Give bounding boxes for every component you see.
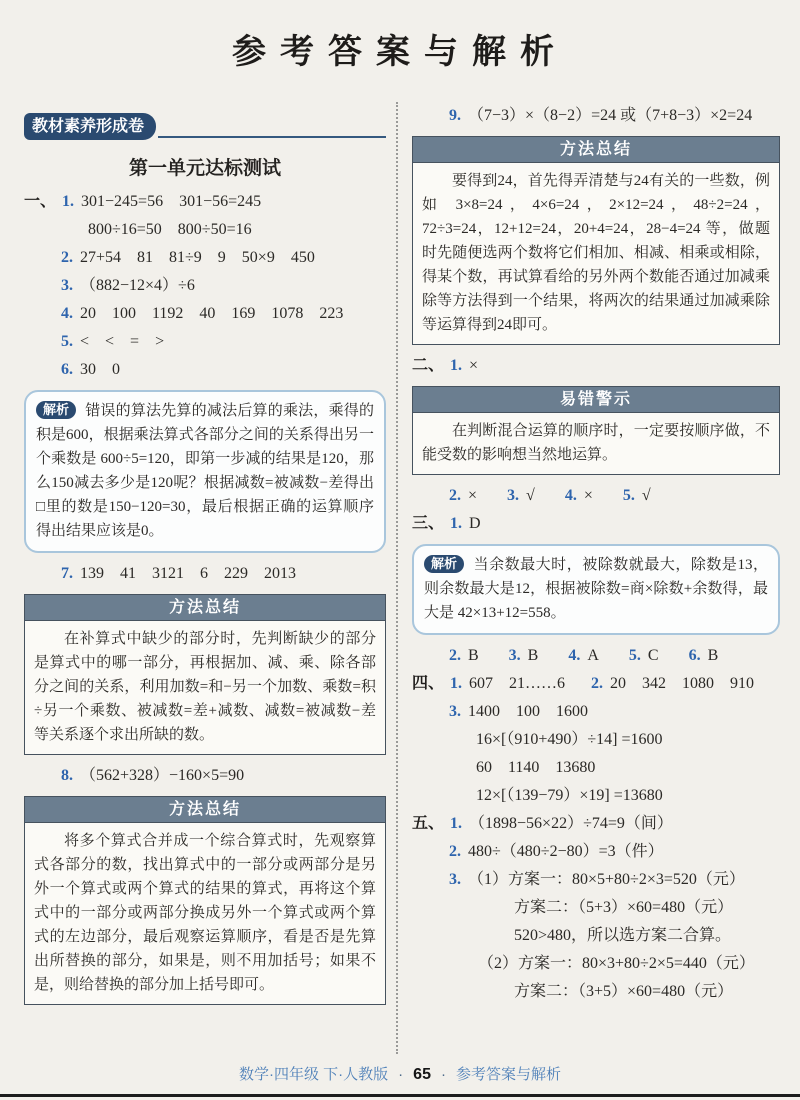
badge-underline	[158, 136, 386, 138]
answer-line: 2.27+54 81 81÷9 9 50×9 450	[24, 244, 386, 272]
answer-pair: 1.607 21……6	[450, 670, 565, 698]
analysis-text: 当余数最大时，被除数就最大，除数是13，则余数最大是12，根据被除数=商×除数+…	[424, 557, 768, 621]
answer-pair: 2.×	[449, 482, 477, 510]
answer-line: 16×[（910+490）÷14] =1600	[412, 726, 780, 754]
unit-badge-row: 教材素养形成卷	[24, 110, 386, 140]
workbook-answer-page: 参考答案与解析 教材素养形成卷 第一单元达标测试 一、1.301−245=56 …	[0, 0, 800, 1100]
footer-separator: ·	[441, 1066, 446, 1083]
item-number: 2.	[591, 675, 603, 692]
answer-text: 方案二：（5+3）×60=480（元）	[514, 899, 733, 916]
analysis-badge: 解析	[36, 401, 76, 419]
section-marker: 四、	[412, 675, 444, 692]
answer-line: 8.（562+328）−160×5=90	[24, 762, 386, 790]
answer-pair: 4.×	[565, 482, 593, 510]
method-summary-title: 方法总结	[25, 595, 385, 621]
method-summary-box: 方法总结 将多个算式合并成一个综合算式时，先观察算式各部分的数，找出算式中的一部…	[24, 796, 386, 1005]
answer-text: 20 100 1192 40 169 1078 223	[80, 305, 343, 322]
section-marker: 一、	[24, 193, 56, 210]
item-number: 7.	[61, 565, 73, 582]
analysis-badge: 解析	[424, 555, 464, 573]
item-number: 2.	[449, 647, 461, 664]
item-number: 5.	[61, 333, 73, 350]
answer-pair: 2.20 342 1080 910	[591, 670, 754, 698]
answer-line: （2）方案一：80×3+80÷2×5=440（元）	[412, 950, 780, 978]
answer-pair: 2.B	[449, 642, 479, 670]
item-number: 3.	[507, 487, 519, 504]
item-number: 1.	[450, 815, 462, 832]
answer-line: 五、1.（1898−56×22）÷74=9（间）	[412, 810, 780, 838]
item-number: 4.	[565, 487, 577, 504]
answer-line: 方案二：（5+3）×60=480（元）	[412, 894, 780, 922]
answer-line: 2.B 3.B 4.A 5.C 6.B	[412, 642, 780, 670]
answer-text: （2）方案一：80×3+80÷2×5=440（元）	[478, 955, 755, 972]
answer-text: 30 0	[80, 361, 120, 378]
item-number: 3.	[509, 647, 521, 664]
analysis-box: 解析当余数最大时，被除数就最大，除数是13，则余数最大是12，根据被除数=商×除…	[412, 544, 780, 635]
page-title: 参考答案与解析	[0, 0, 800, 73]
answer-text: B	[468, 647, 479, 664]
answer-line: 520>480，所以选方案二合算。	[412, 922, 780, 950]
footer-separator: ·	[398, 1066, 403, 1083]
answer-line: 一、1.301−245=56 301−56=245	[24, 188, 386, 216]
answer-line: 800÷16=50 800÷50=16	[24, 216, 386, 244]
page-number: 65	[413, 1066, 431, 1083]
bottom-rule	[0, 1094, 800, 1097]
answer-line: 5.< < = >	[24, 328, 386, 356]
answer-text: 139 41 3121 6 229 2013	[80, 565, 296, 582]
answer-line: 7.139 41 3121 6 229 2013	[24, 560, 386, 588]
answer-text: （1）方案一：80×5+80÷2×3=520（元）	[468, 871, 745, 888]
warning-box-body: 在判断混合运算的顺序时，一定要按顺序做，不能受数的影响想当然地运算。	[413, 413, 779, 474]
method-summary-body: 要得到24，首先得弄清楚与24有关的一些数，例如 3×8=24，4×6=24，2…	[413, 163, 779, 344]
answer-text: 方案二：（3+5）×60=480（元）	[514, 983, 733, 1000]
answer-line: 四、1.607 21……62.20 342 1080 910	[412, 670, 780, 698]
answer-text: 16×[（910+490）÷14] =1600	[476, 731, 663, 748]
item-number: 2.	[61, 249, 73, 266]
item-number: 2.	[449, 843, 461, 860]
section-marker: 五、	[412, 815, 444, 832]
warning-box-title: 易错警示	[413, 387, 779, 413]
answer-text: （882−12×4）÷6	[80, 277, 195, 294]
footer-section-name: 参考答案与解析	[456, 1066, 561, 1083]
answer-text: D	[469, 515, 481, 532]
answer-pair: 5.√	[623, 482, 651, 510]
warning-box: 易错警示 在判断混合运算的顺序时，一定要按顺序做，不能受数的影响想当然地运算。	[412, 386, 780, 475]
item-number: 3.	[449, 703, 461, 720]
item-number: 6.	[61, 361, 73, 378]
method-summary-title: 方法总结	[413, 137, 779, 163]
answer-text: （7−3）×（8−2）=24 或（7+8−3）×2=24	[468, 107, 752, 124]
answer-line: 60 1140 13680	[412, 754, 780, 782]
item-number: 4.	[568, 647, 580, 664]
item-number: 4.	[61, 305, 73, 322]
method-summary-body: 将多个算式合并成一个综合算式时，先观察算式各部分的数，找出算式中的一部分或两部分…	[25, 823, 385, 1004]
answer-text: 520>480，所以选方案二合算。	[514, 927, 731, 944]
answer-text: 20 342 1080 910	[610, 675, 754, 692]
item-number: 3.	[449, 871, 461, 888]
answer-text: 12×[（139−79）×19] =13680	[476, 787, 663, 804]
answer-text: < < = >	[80, 333, 164, 350]
answer-pair: 6.B	[689, 642, 719, 670]
answer-text: ×	[468, 487, 477, 504]
item-number: 2.	[449, 487, 461, 504]
answer-line: 二、1.×	[412, 352, 780, 380]
unit-badge: 教材素养形成卷	[24, 113, 156, 140]
page-footer: 数学·四年级 下·人教版·65·参考答案与解析	[0, 1063, 800, 1084]
item-number: 1.	[450, 515, 462, 532]
section-marker: 三、	[412, 515, 444, 532]
answer-line: 4.20 100 1192 40 169 1078 223	[24, 300, 386, 328]
answer-text: 60 1140 13680	[476, 759, 595, 776]
answer-line: 2.× 3.√ 4.× 5.√	[412, 482, 780, 510]
item-number: 5.	[629, 647, 641, 664]
right-column: 9.（7−3）×（8−2）=24 或（7+8−3）×2=24 方法总结 要得到2…	[396, 102, 780, 1054]
method-summary-title: 方法总结	[25, 797, 385, 823]
item-number: 9.	[449, 107, 461, 124]
answer-pair: 3.√	[507, 482, 535, 510]
answer-text: 607 21……6	[469, 675, 565, 692]
answer-line: 6.30 0	[24, 356, 386, 384]
answer-pair: 5.C	[629, 642, 659, 670]
answer-text: A	[587, 647, 599, 664]
answer-text: B	[708, 647, 719, 664]
answer-line: 方案二：（3+5）×60=480（元）	[412, 978, 780, 1006]
answer-text: ×	[584, 487, 593, 504]
answer-line: 3.（1）方案一：80×5+80÷2×3=520（元）	[412, 866, 780, 894]
item-number: 1.	[450, 675, 462, 692]
answer-line: 三、1.D	[412, 510, 780, 538]
content-columns: 教材素养形成卷 第一单元达标测试 一、1.301−245=56 301−56=2…	[24, 102, 780, 1054]
item-number: 3.	[61, 277, 73, 294]
answer-pair: 3.B	[509, 642, 539, 670]
answer-line: 12×[（139−79）×19] =13680	[412, 782, 780, 810]
item-number: 6.	[689, 647, 701, 664]
answer-text: √	[642, 487, 651, 504]
answer-line: 9.（7−3）×（8−2）=24 或（7+8−3）×2=24	[412, 102, 780, 130]
answer-text: B	[528, 647, 539, 664]
method-summary-body: 在补算式中缺少的部分时，先判断缺少的部分是算式中的哪一部分，再根据加、减、乘、除…	[25, 621, 385, 754]
answer-text: 27+54 81 81÷9 9 50×9 450	[80, 249, 315, 266]
answer-text: （1898−56×22）÷74=9（间）	[469, 815, 673, 832]
analysis-text: 错误的算法先算的减法后算的乘法，乘得的积是600，根据乘法算式各部分之间的关系得…	[36, 403, 374, 539]
answer-line: 3.（882−12×4）÷6	[24, 272, 386, 300]
footer-book-info: 数学·四年级 下·人教版	[239, 1066, 388, 1083]
answer-text: 301−245=56 301−56=245	[81, 193, 261, 210]
analysis-box: 解析错误的算法先算的减法后算的乘法，乘得的积是600，根据乘法算式各部分之间的关…	[24, 390, 386, 553]
answer-line: 2.480÷（480÷2−80）=3（件）	[412, 838, 780, 866]
answer-text: 1400 100 1600	[468, 703, 588, 720]
answer-text: 480÷（480÷2−80）=3（件）	[468, 843, 664, 860]
section-marker: 二、	[412, 357, 444, 374]
item-number: 5.	[623, 487, 635, 504]
answer-text: √	[526, 487, 535, 504]
item-number: 1.	[62, 193, 74, 210]
answer-text: C	[648, 647, 659, 664]
answer-pair: 4.A	[568, 642, 599, 670]
answer-text: （562+328）−160×5=90	[80, 767, 244, 784]
item-number: 8.	[61, 767, 73, 784]
method-summary-box: 方法总结 要得到24，首先得弄清楚与24有关的一些数，例如 3×8=24，4×6…	[412, 136, 780, 345]
test-title: 第一单元达标测试	[24, 153, 386, 180]
item-number: 1.	[450, 357, 462, 374]
answer-text: 800÷16=50 800÷50=16	[88, 221, 252, 238]
answer-line: 3.1400 100 1600	[412, 698, 780, 726]
left-column: 教材素养形成卷 第一单元达标测试 一、1.301−245=56 301−56=2…	[24, 102, 396, 1054]
method-summary-box: 方法总结 在补算式中缺少的部分时，先判断缺少的部分是算式中的哪一部分，再根据加、…	[24, 594, 386, 755]
answer-text: ×	[469, 357, 478, 374]
